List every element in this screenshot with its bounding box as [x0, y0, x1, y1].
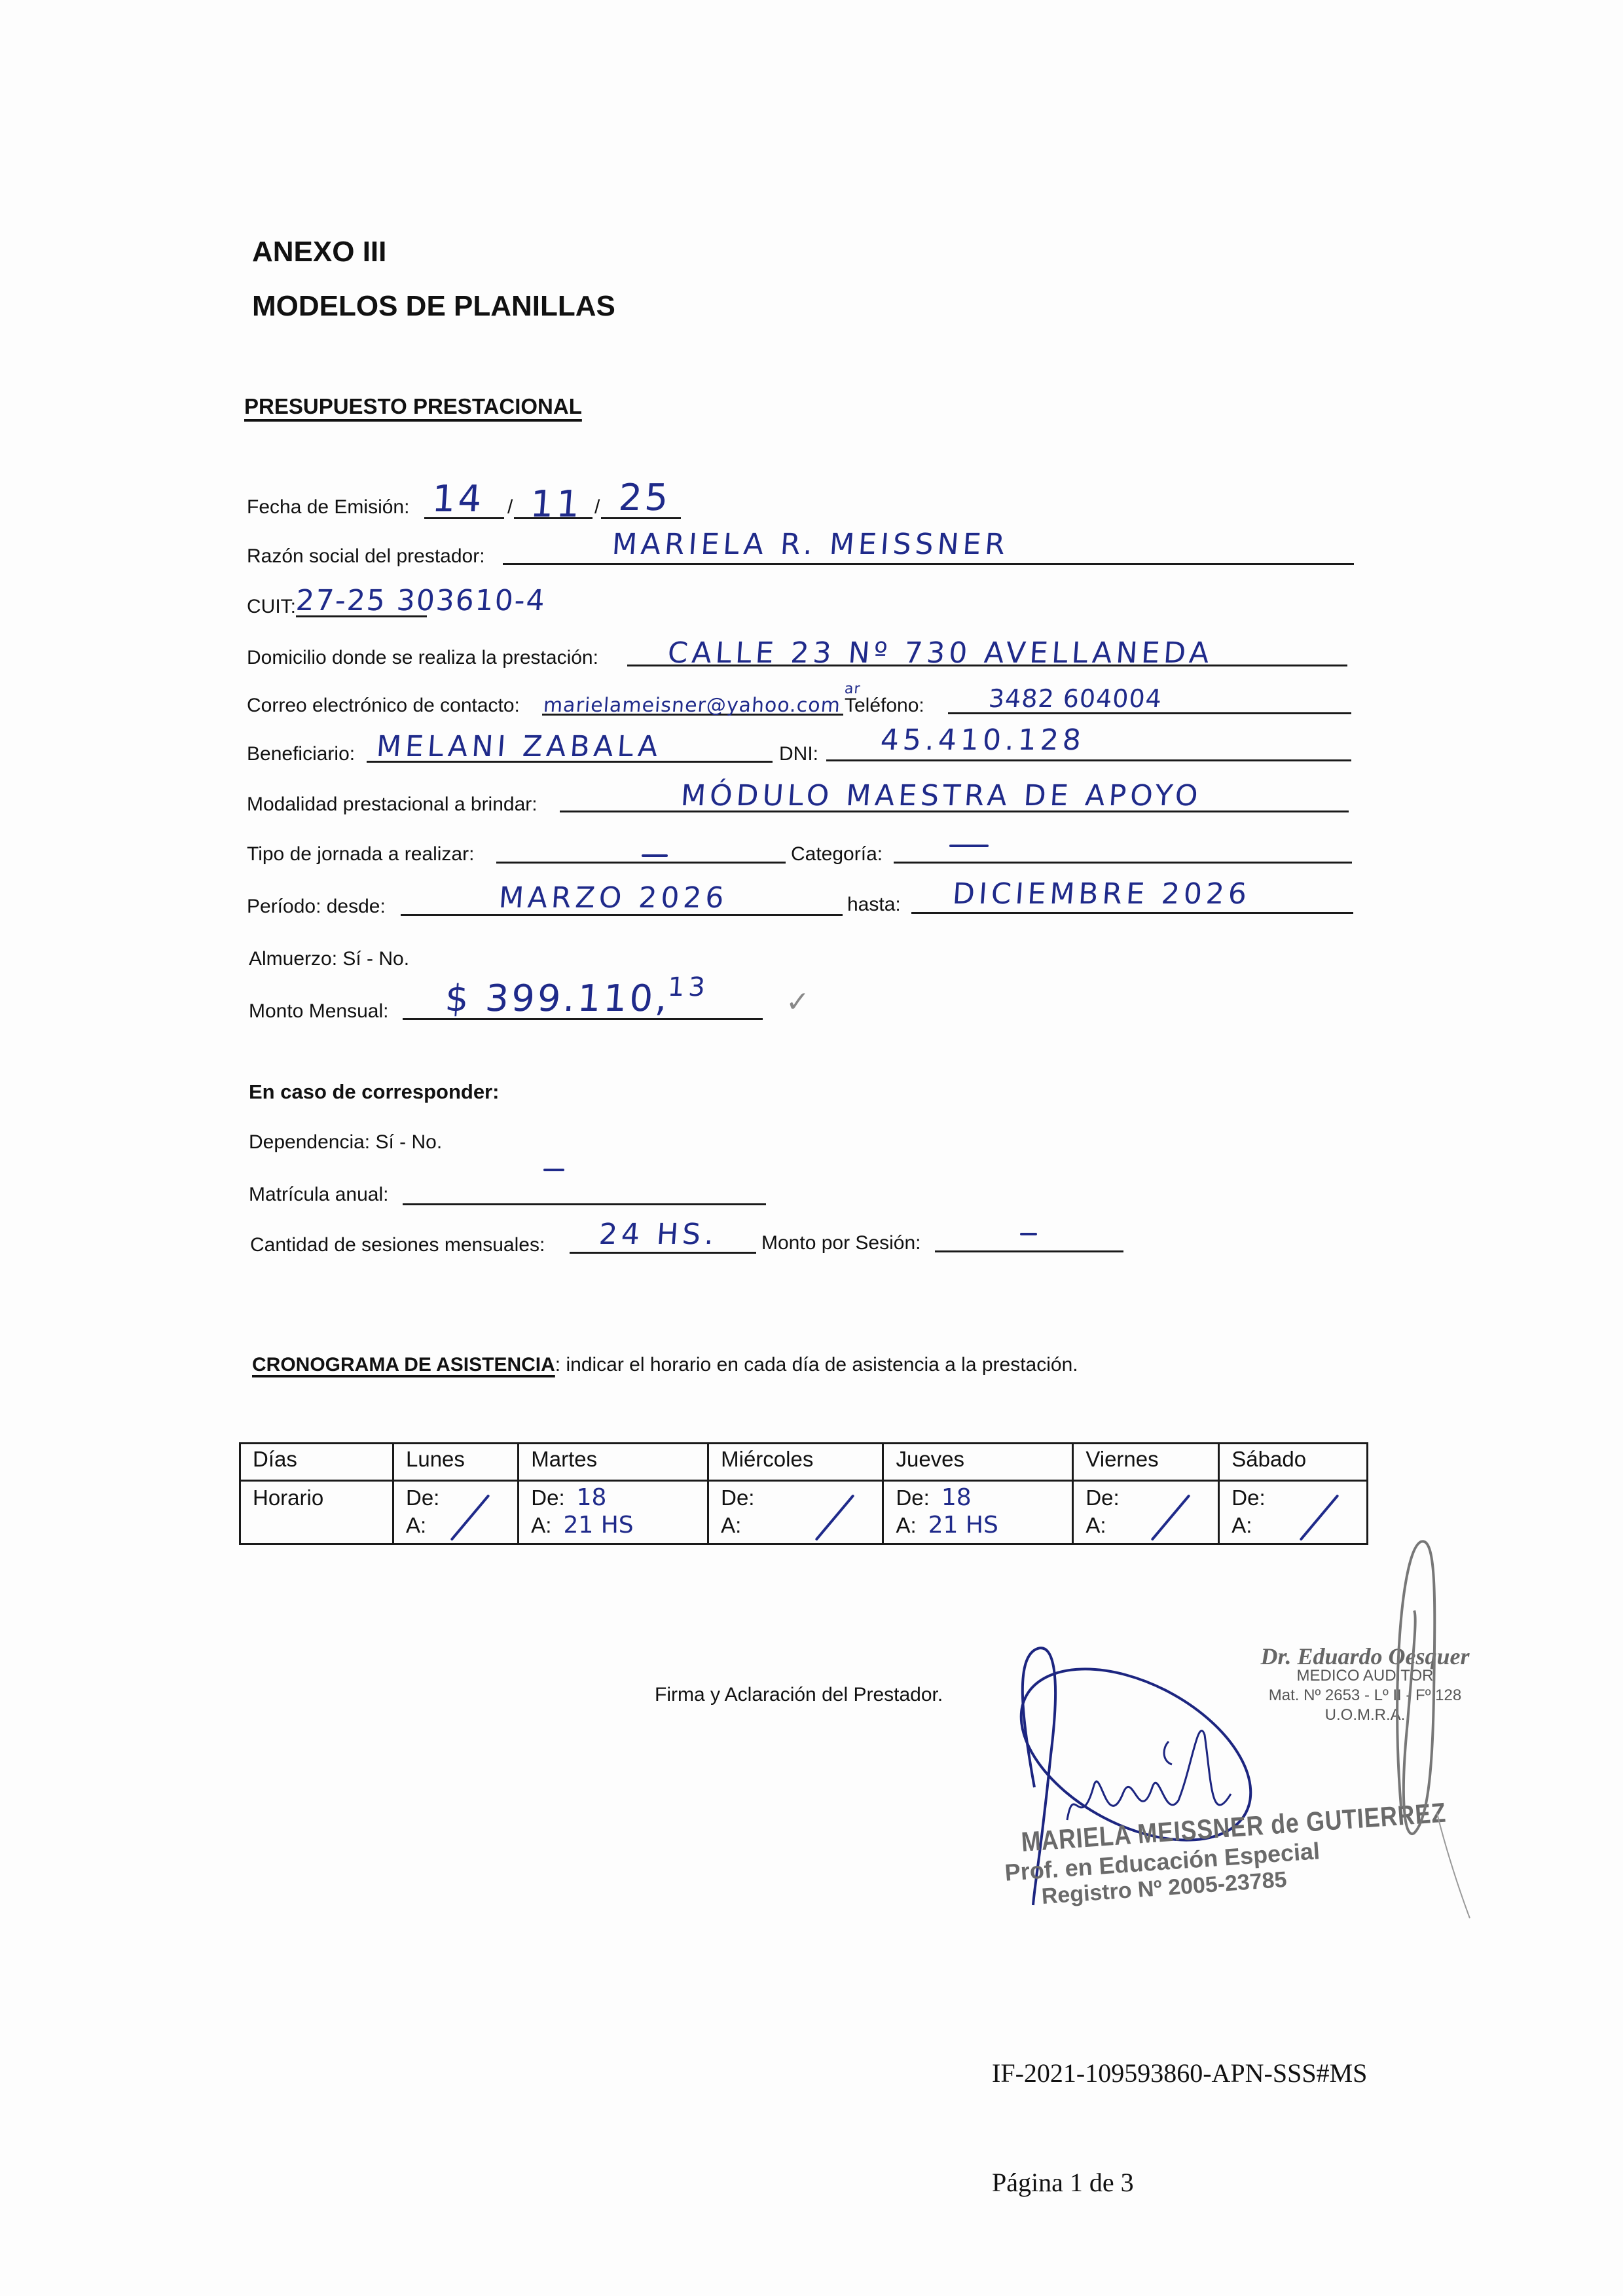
fecha-day[interactable]: 14	[431, 478, 486, 520]
de-label: De:	[721, 1485, 754, 1510]
dias-header: Días	[240, 1444, 393, 1481]
dni-label: DNI:	[779, 743, 818, 765]
categoria-dash	[949, 845, 989, 847]
document-id: IF-2021-109593860-APN-SSS#MS	[992, 2058, 1367, 2088]
correo-label: Correo electrónico de contacto:	[247, 695, 520, 717]
periodo-label: Período: desde:	[247, 896, 386, 918]
de-value[interactable]: 18	[577, 1484, 607, 1511]
telefono-field[interactable]: 3482 604004	[987, 684, 1163, 713]
fecha-label: Fecha de Emisión:	[247, 496, 409, 519]
monto-sesion-label: Monto por Sesión:	[761, 1232, 921, 1254]
periodo-desde-field[interactable]: MARZO 2026	[498, 881, 729, 915]
de-label: De:	[531, 1485, 564, 1510]
day-header-viernes: Viernes	[1073, 1444, 1219, 1481]
monto-cents: 13	[666, 972, 710, 1002]
matricula-label: Matrícula anual:	[249, 1184, 388, 1206]
de-value[interactable]: 18	[941, 1484, 972, 1511]
annex-title: ANEXO III	[252, 236, 386, 268]
signature-label: Firma y Aclaración del Prestador.	[655, 1684, 943, 1706]
sesiones-field[interactable]: 24 HS.	[598, 1218, 719, 1251]
fecha-sep-2: /	[594, 496, 600, 519]
section-title: PRESUPUESTO PRESTACIONAL	[244, 394, 582, 419]
domicilio-label: Domicilio donde se realiza la prestación…	[247, 647, 598, 669]
jornada-dash	[642, 854, 668, 857]
modalidad-label: Modalidad prestacional a brindar:	[247, 793, 538, 816]
auditor-signature-icon	[1388, 1525, 1480, 1931]
schedule-cell-sábado[interactable]: De:A:	[1219, 1481, 1368, 1544]
a-label: A:	[1231, 1513, 1252, 1537]
fecha-month[interactable]: 11	[529, 483, 584, 526]
beneficiario-label: Beneficiario:	[247, 743, 355, 765]
schedule-cell-martes[interactable]: De:18A:21 HS	[519, 1481, 708, 1544]
monto-sesion-dash	[1020, 1233, 1037, 1235]
cronograma-title: CRONOGRAMA DE ASISTENCIA	[252, 1354, 555, 1376]
day-header-miércoles: Miércoles	[708, 1444, 883, 1481]
domicilio-field[interactable]: CALLE 23 Nº 730 AVELLANEDA	[666, 636, 1214, 670]
schedule-cell-lunes[interactable]: De:A:	[393, 1481, 519, 1544]
horario-label: Horario	[240, 1481, 393, 1544]
matricula-dash	[543, 1169, 564, 1171]
cuit-label: CUIT:	[247, 596, 296, 618]
modalidad-field[interactable]: MÓDULO MAESTRA DE APOYO	[680, 779, 1203, 812]
check-mark-icon: ✓	[786, 985, 810, 1019]
page-number: Página 1 de 3	[992, 2167, 1134, 2198]
a-value[interactable]: 21 HS	[928, 1512, 998, 1539]
cuit-field[interactable]: 27-25 303610-4	[295, 584, 547, 617]
document-title: MODELOS DE PLANILLAS	[252, 290, 615, 323]
day-header-martes: Martes	[519, 1444, 708, 1481]
razon-field[interactable]: MARIELA R. MEISSNER	[611, 528, 1010, 561]
de-label: De:	[406, 1485, 439, 1510]
cronograma-instructions: : indicar el horario en cada día de asis…	[555, 1354, 1078, 1376]
de-label: De:	[1085, 1485, 1119, 1510]
beneficiario-field[interactable]: MELANI ZABALA	[375, 730, 663, 763]
schedule-cell-jueves[interactable]: De:18A:21 HS	[883, 1481, 1073, 1544]
jornada-label: Tipo de jornada a realizar:	[247, 843, 474, 866]
de-label: De:	[896, 1485, 929, 1510]
schedule-cell-viernes[interactable]: De:A:	[1073, 1481, 1219, 1544]
a-label: A:	[531, 1513, 551, 1537]
a-label: A:	[406, 1513, 426, 1537]
fecha-sep-1: /	[507, 496, 513, 519]
a-label: A:	[1085, 1513, 1106, 1537]
a-value[interactable]: 21 HS	[563, 1512, 633, 1539]
categoria-label: Categoría:	[791, 843, 883, 866]
dependencia-option[interactable]: Dependencia: Sí - No.	[249, 1131, 442, 1154]
day-header-jueves: Jueves	[883, 1444, 1073, 1481]
periodo-hasta-field[interactable]: DICIEMBRE 2026	[951, 877, 1251, 911]
monto-label: Monto Mensual:	[249, 1000, 388, 1023]
cronograma-header: CRONOGRAMA DE ASISTENCIA: indicar el hor…	[252, 1354, 1078, 1376]
schedule-cell-miércoles[interactable]: De:A:	[708, 1481, 883, 1544]
dni-field[interactable]: 45.410.128	[879, 723, 1086, 757]
a-label: A:	[896, 1513, 916, 1537]
cronograma-table: Días LunesMartesMiércolesJuevesViernesSá…	[239, 1442, 1368, 1545]
optional-heading: En caso de corresponder:	[249, 1080, 499, 1104]
correo-field[interactable]: marielameisner@yahoo.com	[543, 694, 841, 717]
sesiones-label: Cantidad de sesiones mensuales:	[250, 1234, 545, 1256]
razon-label: Razón social del prestador:	[247, 545, 485, 568]
day-header-sábado: Sábado	[1219, 1444, 1368, 1481]
almuerzo-option[interactable]: Almuerzo: Sí - No.	[249, 948, 409, 970]
fecha-year[interactable]: 25	[617, 477, 672, 519]
telefono-label: Teléfono:	[845, 695, 924, 717]
de-label: De:	[1231, 1485, 1265, 1510]
day-header-lunes: Lunes	[393, 1444, 519, 1481]
hasta-label: hasta:	[847, 894, 901, 916]
a-label: A:	[721, 1513, 741, 1537]
monto-field[interactable]: $ 399.110,	[444, 977, 671, 1020]
